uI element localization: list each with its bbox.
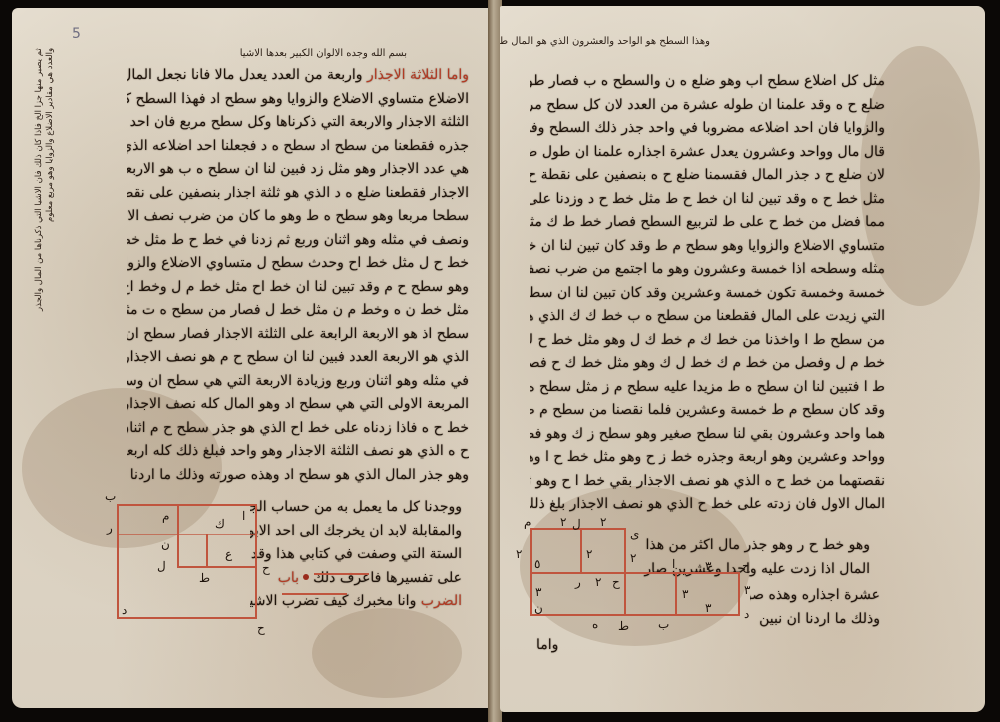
rubric-chapter: باب bbox=[278, 570, 299, 586]
diagram-label: ا bbox=[672, 558, 675, 570]
diagram-label: د bbox=[122, 604, 127, 616]
text-line: هما واحد وعشرون بقي لنا سطح صغير وهو سطح… bbox=[530, 423, 885, 447]
text-line: الستة التي وصفت في كتابي هذا وقد اتيت bbox=[250, 543, 462, 567]
text-line: على تفسيرها فاعرف ذلكباب bbox=[250, 567, 462, 591]
text-line: والزوايا فان احد اضلاعه مضروبا في واحد ج… bbox=[530, 117, 885, 141]
diagram-label: ل bbox=[572, 518, 581, 530]
diagram-label: ٢ bbox=[595, 576, 601, 588]
verse-marker bbox=[303, 574, 309, 580]
text-line: مما فضل من خط ح على ط لتربيع السطح فصار … bbox=[530, 211, 885, 235]
diagram-label: ٣ bbox=[535, 586, 541, 598]
text-line: وذلك ما اردنا ان نبين bbox=[750, 608, 880, 632]
text-line: جذره فقطعنا من سطح اد سطح ه د فجعلنا احد… bbox=[127, 135, 469, 159]
diagram-label: ه bbox=[592, 618, 598, 630]
diagram-label: ر bbox=[107, 522, 113, 534]
diagram-label: ك bbox=[215, 518, 225, 530]
diagram-label: ٢ bbox=[630, 552, 636, 564]
diagram-label: م bbox=[524, 516, 531, 528]
diagram-label: ن bbox=[534, 602, 543, 614]
text-line: قال مال وواحد وعشرون يعدل عشرة اجذاره عل… bbox=[530, 141, 885, 165]
diagram-label: ب bbox=[658, 618, 669, 630]
text-line: نقصتهما من خط ح ه الذي هو نصف الاجذار بق… bbox=[530, 470, 885, 494]
text-line: مثل خط ح ه وقد تبين لنا ان خط ح ط مثل خط… bbox=[530, 188, 885, 212]
folio-number: 5 bbox=[72, 26, 81, 42]
header-note: وهذا السطح هو الواحد والعشرون الذي هو ال… bbox=[530, 36, 710, 47]
rubric-heading: الضرب bbox=[421, 593, 462, 609]
text-line: في مثله وهو اثنان وربع وزيادة الاربعة ال… bbox=[127, 370, 469, 394]
diagram-label: ى bbox=[630, 528, 639, 540]
rubric-underline bbox=[314, 573, 369, 575]
diagram-label: ر bbox=[575, 576, 581, 588]
text-line: خط ح ه فاذا زدناه على خط اح الذي هو جذر … bbox=[127, 417, 469, 441]
diagram-label: ٣ bbox=[705, 560, 711, 572]
diagram-label: ع bbox=[225, 548, 232, 560]
text-line: واما الثلاثة الاجذار واربعة من العدد يعد… bbox=[127, 64, 469, 88]
text-line: سطح اذ هو الاربعة الرابعة على الثلثة الا… bbox=[127, 323, 469, 347]
diagram-label: ح bbox=[612, 576, 620, 588]
text-line: عشرة اجذاره وهذه صورته bbox=[750, 584, 880, 608]
text-line: المربعة الاولى التي هي سطح اد وهو المال … bbox=[127, 393, 469, 417]
text-line: المال الاول فان زدته على خط ح الذي هو نص… bbox=[530, 493, 885, 517]
text-line: خط ح ل مثل خط اح وحدث سطح ل متساوي الاضل… bbox=[127, 252, 469, 276]
text-line: مثل كل اضلاع سطح اب وهو ضلع ه ن والسطح ه… bbox=[530, 70, 885, 94]
diagram-label: ح bbox=[742, 560, 750, 572]
diagram-label: ل bbox=[157, 560, 166, 572]
water-stain bbox=[312, 608, 462, 698]
diagram-label: ط bbox=[199, 572, 210, 584]
diagram-label: ب bbox=[105, 490, 116, 502]
right-text-block: مثل كل اضلاع سطح اب وهو ضلع ه ن والسطح ه… bbox=[530, 70, 885, 517]
text-line: مثله وسطحه اذا خمسة وعشرون وهو ما اجتمع … bbox=[530, 258, 885, 282]
text-line: ضلع ح ه وقد علمنا ان طوله عشرة من العدد … bbox=[530, 94, 885, 118]
manuscript-page-right: وهذا السطح هو الواحد والعشرون الذي هو ال… bbox=[500, 6, 985, 712]
text-line: ونصف في مثله وهو اثنان وربع ثم زدنا في خ… bbox=[127, 229, 469, 253]
rubric-underline bbox=[282, 593, 347, 595]
geometric-diagram-right: م ٢ ل ٢ ى ٢ ٥ ٢ ٢ ر ٢ ح ا ٣ ح ٣ ٣ ٣ ٣ ن … bbox=[530, 528, 750, 620]
text-line: من سطح ط ا واخذنا من خط ك م خط ك ل وهو م… bbox=[530, 329, 885, 353]
text-line: خمسة وخمسة تكون خمسة وعشرين وقد كان تبين… bbox=[530, 282, 885, 306]
text-line: متساوي الاضلاع والزوايا وهو سطح م ط وقد … bbox=[530, 235, 885, 259]
diagram-label: ا bbox=[242, 510, 245, 522]
geometric-diagram-left: ب م ا ر ك ن ع ل ط ح د ح bbox=[117, 504, 257, 624]
text-line: هي عدد الاجذار وهو مثل زد فبين لنا ان سط… bbox=[127, 158, 469, 182]
diagram-label: ٢ bbox=[586, 548, 592, 560]
text-line: وواحد وعشرين وهو اربعة وجذره خط ز ح وهو … bbox=[530, 446, 885, 470]
text-line: لان ضلع ح د جذر المال فقسمنا ضلع ح ه بنص… bbox=[530, 164, 885, 188]
diagram-label: ٣ bbox=[682, 588, 688, 600]
text-line: الذي هو الاربعة العدد فبين لنا ان سطح ح … bbox=[127, 346, 469, 370]
diagram-label: ٣ bbox=[705, 602, 711, 614]
text-line: مثل خط ن ه وخط م ن مثل خط ل فصار من سطح … bbox=[127, 299, 469, 323]
diagram-label: ح bbox=[262, 562, 270, 574]
right-text-beside-diagram-2: عشرة اجذاره وهذه صورته وذلك ما اردنا ان … bbox=[750, 584, 880, 631]
text-line: الثلثة الاجذار والاربعة التي ذكرناها وكل… bbox=[127, 111, 469, 135]
rubric-heading: واما الثلاثة الاجذار bbox=[367, 67, 469, 83]
text-line: وهو سطح ح م وقد تبين لنا ان خط اح مثل خط… bbox=[127, 276, 469, 300]
text-line: خط م ل وفصل من خط م ك خط ل ك وهو مثل خط … bbox=[530, 352, 885, 376]
diagram-label: ح bbox=[257, 622, 265, 634]
diagram-label: م bbox=[162, 510, 169, 522]
text-line: وقد كان سطح م ط خمسة وعشرين فلما نقصنا م… bbox=[530, 399, 885, 423]
text-line: ح ه الذي هو نصف الثلثة الاجذار وهو واحد … bbox=[127, 440, 469, 464]
diagram-label: ن bbox=[161, 538, 170, 550]
diagram-label: ٢ bbox=[560, 516, 566, 528]
diagram-label: ٢ bbox=[516, 548, 522, 560]
header-note: بسم الله وجده الالوان الكبير بعدها الاشي… bbox=[147, 48, 407, 59]
text-line: الاجذار فقطعنا ضلع ه د الذي هو ثلثة اجذا… bbox=[127, 182, 469, 206]
diagram-label: ٣ bbox=[744, 584, 750, 596]
marginal-annotation: ثم يصبر منها جزا الخ فاذا كان ذلك فان ال… bbox=[34, 48, 124, 318]
left-text-beside-diagram: ووجدنا كل ما يعمل به من حساب الجبر والمق… bbox=[250, 496, 462, 614]
text-line: الاضلاع متساوي الاضلاع والزوايا وهو سطح … bbox=[127, 88, 469, 112]
diagram-label: ٥ bbox=[534, 558, 540, 570]
catchword: واما bbox=[536, 634, 558, 658]
text-line: ووجدنا كل ما يعمل به من حساب الجبر bbox=[250, 496, 462, 520]
text-line: سطحا مربعا وهو سطح ه ط وهو ما كان من ضرب… bbox=[127, 205, 469, 229]
text-line: التي زيدت على المال فقطعنا من سطح ه ب خط… bbox=[530, 305, 885, 329]
diagram-label: ط bbox=[618, 620, 629, 632]
text-line: والمقابلة لابد ان يخرجك الى احد الابواب bbox=[250, 520, 462, 544]
text-line: ط ا فتبين لنا ان سطح ه ط مزيدا عليه سطح … bbox=[530, 376, 885, 400]
diagram-label: ٢ bbox=[600, 516, 606, 528]
diagram-label: د bbox=[744, 608, 749, 620]
manuscript-page-left: 5 بسم الله وجده الالوان الكبير بعدها الا… bbox=[12, 8, 490, 708]
text-line: وهو جذر المال الذي هو سطح اد وهذه صورته … bbox=[127, 464, 469, 488]
left-text-block: واما الثلاثة الاجذار واربعة من العدد يعد… bbox=[127, 64, 469, 487]
